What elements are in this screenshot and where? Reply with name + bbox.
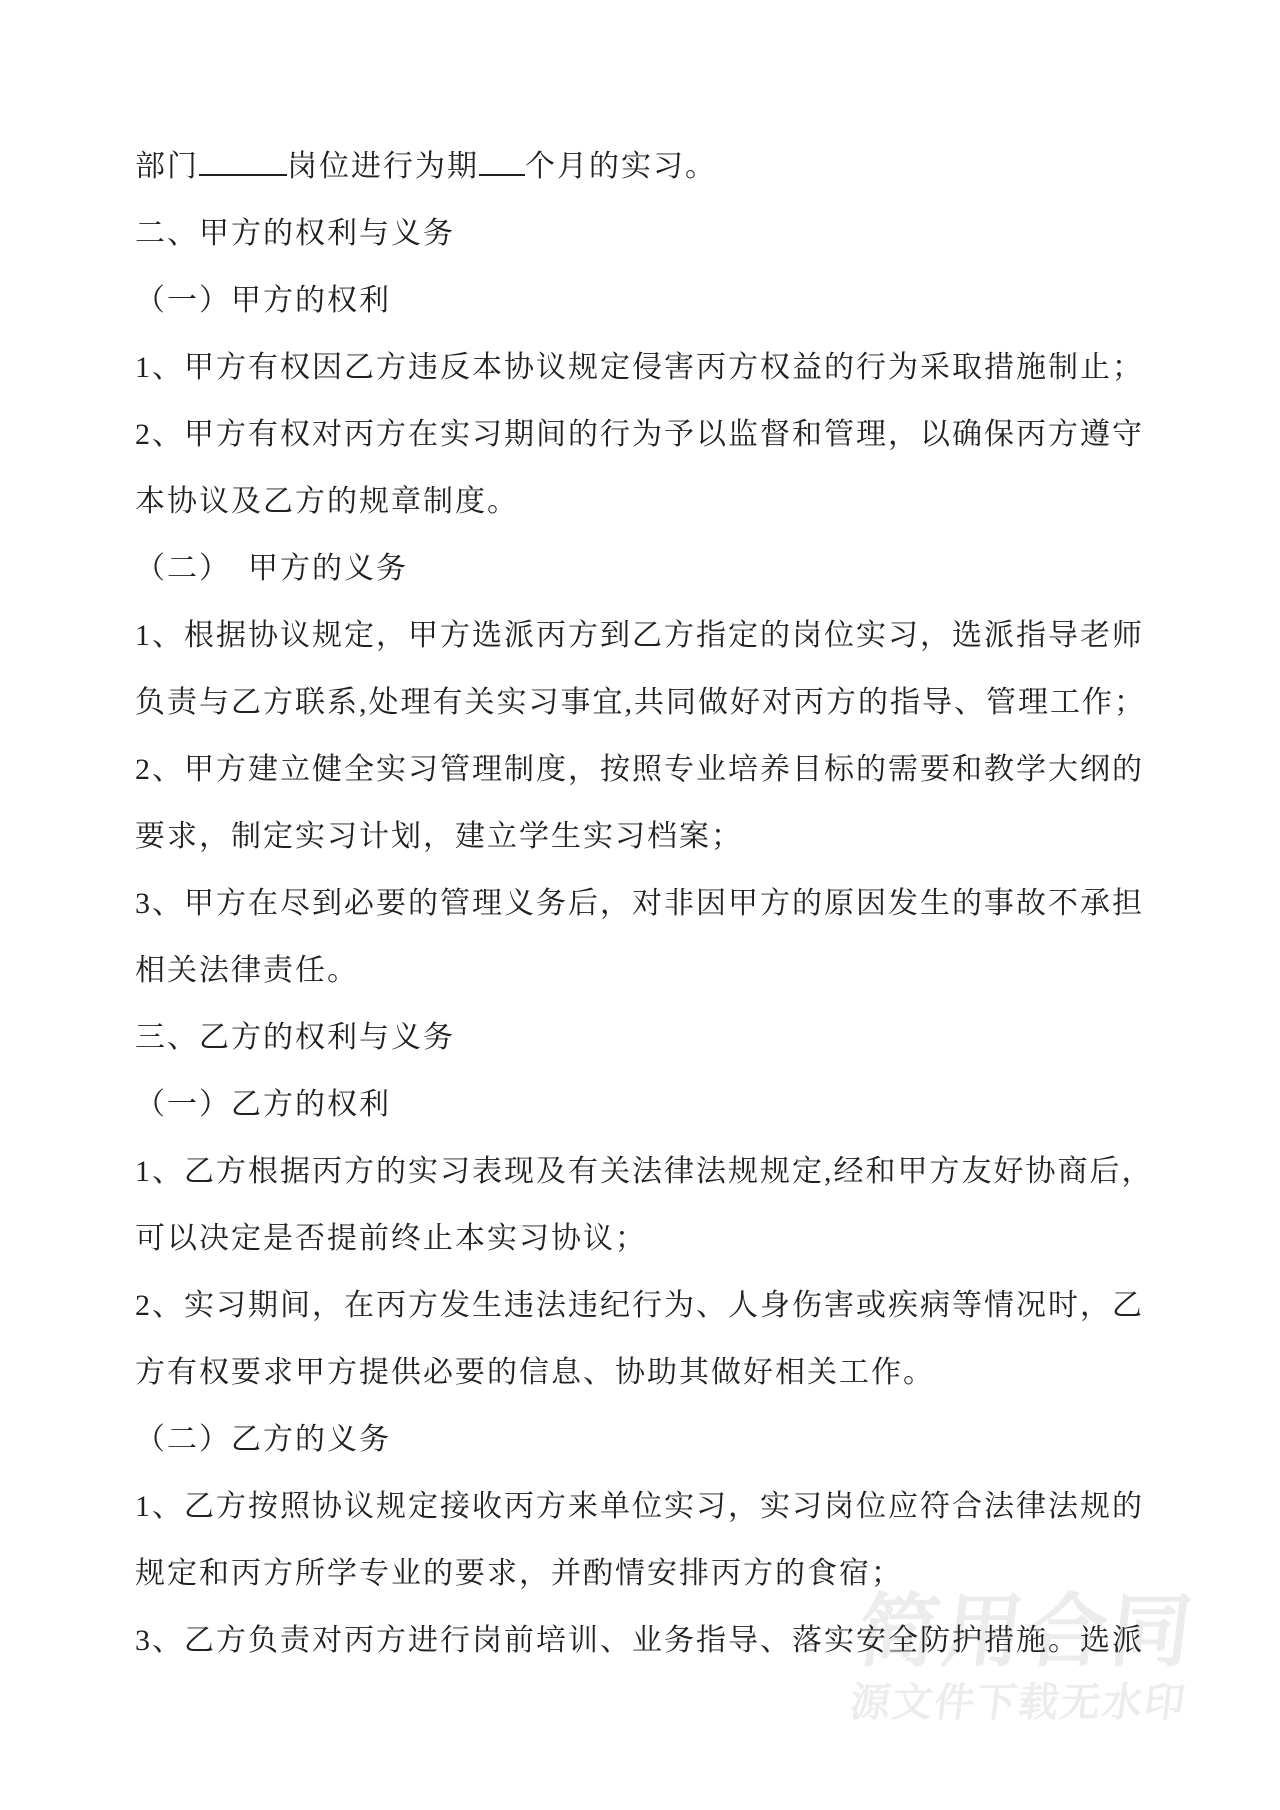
clause-line: 3、甲方在尽到必要的管理义务后，对非因甲方的原因发生的事故不承担 — [135, 870, 1155, 937]
contract-document-page: 简用合同 源文件下载无水印 部门岗位进行为期个月的实习。 二、甲方的权利与义务 … — [0, 0, 1280, 1810]
clause-line: 相关法律责任。 — [135, 937, 1155, 1004]
section-heading: 三、乙方的权利与义务 — [135, 1004, 1155, 1071]
clause-line: 要求，制定实习计划，建立学生实习档案； — [135, 803, 1155, 870]
clause-line: 1、甲方有权因乙方违反本协议规定侵害丙方权益的行为采取措施制止； — [135, 334, 1155, 401]
document-body: 部门岗位进行为期个月的实习。 二、甲方的权利与义务 （一）甲方的权利 1、甲方有… — [135, 133, 1155, 1674]
subsection-heading: （一）甲方的权利 — [135, 267, 1155, 334]
fill-in-middle: 岗位进行为期 — [287, 150, 479, 183]
clause-line: 方有权要求甲方提供必要的信息、协助其做好相关工作。 — [135, 1339, 1155, 1406]
clause-line: 3、乙方负责对丙方进行岗前培训、业务指导、落实安全防护措施。选派 — [135, 1607, 1155, 1674]
clause-line: 负责与乙方联系,处理有关实习事宜,共同做好对丙方的指导、管理工作； — [135, 669, 1155, 736]
clause-line: 2、甲方建立健全实习管理制度，按照专业培养目标的需要和教学大纲的 — [135, 736, 1155, 803]
subsection-heading: （一）乙方的权利 — [135, 1071, 1155, 1138]
subsection-heading: （二）乙方的义务 — [135, 1406, 1155, 1473]
clause-line: 1、乙方根据丙方的实习表现及有关法律法规规定,经和甲方友好协商后， — [135, 1138, 1155, 1205]
blank-underline-months — [479, 173, 525, 176]
section-heading: 二、甲方的权利与义务 — [135, 200, 1155, 267]
clause-line: 1、根据协议规定，甲方选派丙方到乙方指定的岗位实习，选派指导老师 — [135, 602, 1155, 669]
clause-line: 2、实习期间，在丙方发生违法违纪行为、人身伤害或疾病等情况时，乙 — [135, 1272, 1155, 1339]
fill-in-line: 部门岗位进行为期个月的实习。 — [135, 133, 1155, 200]
fill-in-prefix: 部门 — [135, 150, 199, 183]
clause-line: 可以决定是否提前终止本实习协议； — [135, 1205, 1155, 1272]
subsection-heading: （二） 甲方的义务 — [135, 535, 1155, 602]
blank-underline-department — [199, 173, 287, 176]
clause-line: 本协议及乙方的规章制度。 — [135, 468, 1155, 535]
clause-line: 1、乙方按照协议规定接收丙方来单位实习，实习岗位应符合法律法规的 — [135, 1473, 1155, 1540]
clause-line: 2、甲方有权对丙方在实习期间的行为予以监督和管理，以确保丙方遵守 — [135, 401, 1155, 468]
fill-in-suffix: 个月的实习。 — [525, 150, 717, 183]
watermark-subtitle-text: 源文件下载无水印 — [848, 1680, 1190, 1726]
clause-line: 规定和丙方所学专业的要求，并酌情安排丙方的食宿； — [135, 1540, 1155, 1607]
